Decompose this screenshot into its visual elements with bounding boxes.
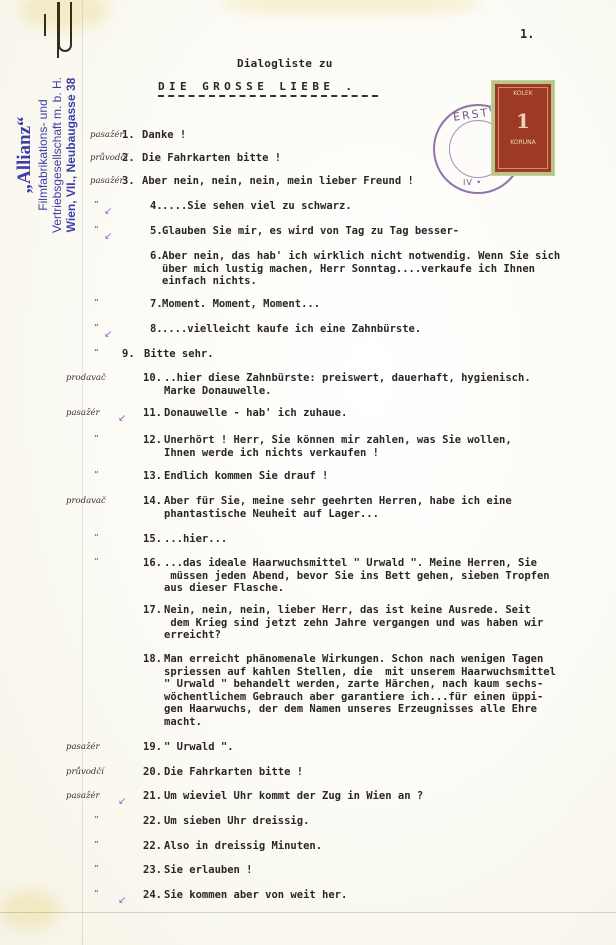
check-mark-icon: ↙: [118, 413, 126, 426]
line-number: 8.: [150, 323, 163, 336]
line-text: ..hier diese Zahnbürste: preiswert, daue…: [164, 372, 604, 397]
line-text: Also in dreissig Minuten.: [164, 840, 604, 853]
ditto-mark: ”: [94, 470, 99, 483]
line-text: Die Fahrkarten bitte !: [164, 766, 604, 779]
line-text: " Urwald ".: [164, 741, 604, 754]
check-mark-icon: ↙: [104, 329, 112, 342]
speaker-annotation: prodavač: [66, 495, 106, 508]
line-text: Man erreicht phänomenale Wirkungen. Scho…: [164, 653, 604, 728]
ditto-mark: ”: [94, 298, 99, 311]
ditto-mark: ”: [94, 840, 99, 853]
line-text: Um sieben Uhr dreissig.: [164, 815, 604, 828]
ditto-mark: ”: [94, 889, 99, 902]
line-number: 11.: [143, 407, 162, 420]
line-number: 19.: [143, 741, 162, 754]
line-number: 24.: [143, 889, 162, 902]
line-number: 12.: [143, 434, 162, 447]
speaker-annotation: prodavač: [66, 372, 106, 385]
fold-line: [82, 0, 83, 945]
ditto-mark: ”: [94, 815, 99, 828]
line-number: 5.: [150, 225, 163, 238]
page-number: 1.: [520, 27, 534, 41]
line-text: ....Sie sehen viel zu schwarz.: [162, 200, 602, 213]
line-number: 17.: [143, 604, 162, 617]
line-text: Unerhört ! Herr, Sie können mir zahlen, …: [164, 434, 604, 459]
check-mark-icon: ↙: [104, 231, 112, 244]
check-mark-icon: ↙: [104, 206, 112, 219]
line-text: Donauwelle - hab' ich zuhaue.: [164, 407, 604, 420]
line-number: 22.: [143, 815, 162, 828]
ditto-mark: ”: [94, 348, 99, 361]
line-text: Aber nein, das hab' ich wirklich nicht n…: [162, 250, 602, 288]
line-number: 20.: [143, 766, 162, 779]
film-title: DIE GROSSE LIEBE .: [158, 80, 356, 93]
ditto-mark: ”: [94, 557, 99, 570]
line-number: 4.: [150, 200, 163, 213]
line-text: Sie erlauben !: [164, 864, 604, 877]
company-stamp: „Allianz“ Filmfabrikations- und Vertrieb…: [14, 50, 74, 260]
document-page: 1. Dialogliste zu DIE GROSSE LIEBE . ERS…: [0, 0, 616, 945]
line-number: 16.: [143, 557, 162, 570]
line-text: Um wieviel Uhr kommt der Zug in Wien an …: [164, 790, 604, 803]
line-number: 15.: [143, 533, 162, 546]
line-text: Aber für Sie, meine sehr geehrten Herren…: [164, 495, 604, 520]
line-number: 7.: [150, 298, 163, 311]
line-number: 14.: [143, 495, 162, 508]
line-text: Endlich kommen Sie drauf !: [164, 470, 604, 483]
ditto-mark: ”: [94, 864, 99, 877]
speaker-annotation: pasažér: [66, 741, 100, 754]
ditto-mark: ”: [94, 225, 99, 238]
line-number: 6.: [150, 250, 163, 263]
ditto-mark: ”: [94, 533, 99, 546]
ditto-mark: ”: [94, 200, 99, 213]
line-text: Aber nein, nein, nein, mein lieber Freun…: [142, 175, 582, 188]
line-text: Moment. Moment, Moment...: [162, 298, 602, 311]
line-number: 13.: [143, 470, 162, 483]
ditto-mark: ”: [94, 323, 99, 336]
line-text: ....vielleicht kaufe ich eine Zahnbürste…: [162, 323, 602, 336]
paper-stain: [0, 890, 60, 930]
line-number: 22.: [143, 840, 162, 853]
line-text: Die Fahrkarten bitte !: [142, 152, 582, 165]
speaker-annotation: pasažér: [66, 790, 100, 803]
page-edge: [0, 912, 616, 913]
line-text: ...hier...: [164, 533, 604, 546]
document-heading: Dialogliste zu: [237, 57, 333, 70]
line-text: ...das ideale Haarwuchsmittel " Urwald "…: [164, 557, 604, 595]
check-mark-icon: ↙: [118, 796, 126, 809]
line-text: Nein, nein, nein, lieber Herr, das ist k…: [164, 604, 604, 642]
line-number: 23.: [143, 864, 162, 877]
line-text: Sie kommen aber von weit her.: [164, 889, 604, 902]
check-mark-icon: ↙: [118, 895, 126, 908]
company-name: „Allianz“: [14, 50, 36, 260]
speaker-annotation: pasažér: [90, 129, 124, 142]
line-text: Bitte sehr.: [144, 348, 584, 361]
line-number: 9.: [122, 348, 135, 361]
line-number: 10.: [143, 372, 162, 385]
ditto-mark: ”: [94, 434, 99, 447]
speaker-annotation: průvodčí: [90, 152, 128, 165]
line-number: 21.: [143, 790, 162, 803]
title-underline: [158, 95, 378, 97]
speaker-annotation: průvodčí: [66, 766, 104, 779]
line-text: Danke !: [142, 129, 582, 142]
line-text: Glauben Sie mir, es wird von Tag zu Tag …: [162, 225, 602, 238]
line-number: 18.: [143, 653, 162, 666]
paper-stain: [220, 0, 480, 14]
speaker-annotation: pasažér: [90, 175, 124, 188]
speaker-annotation: pasažér: [66, 407, 100, 420]
